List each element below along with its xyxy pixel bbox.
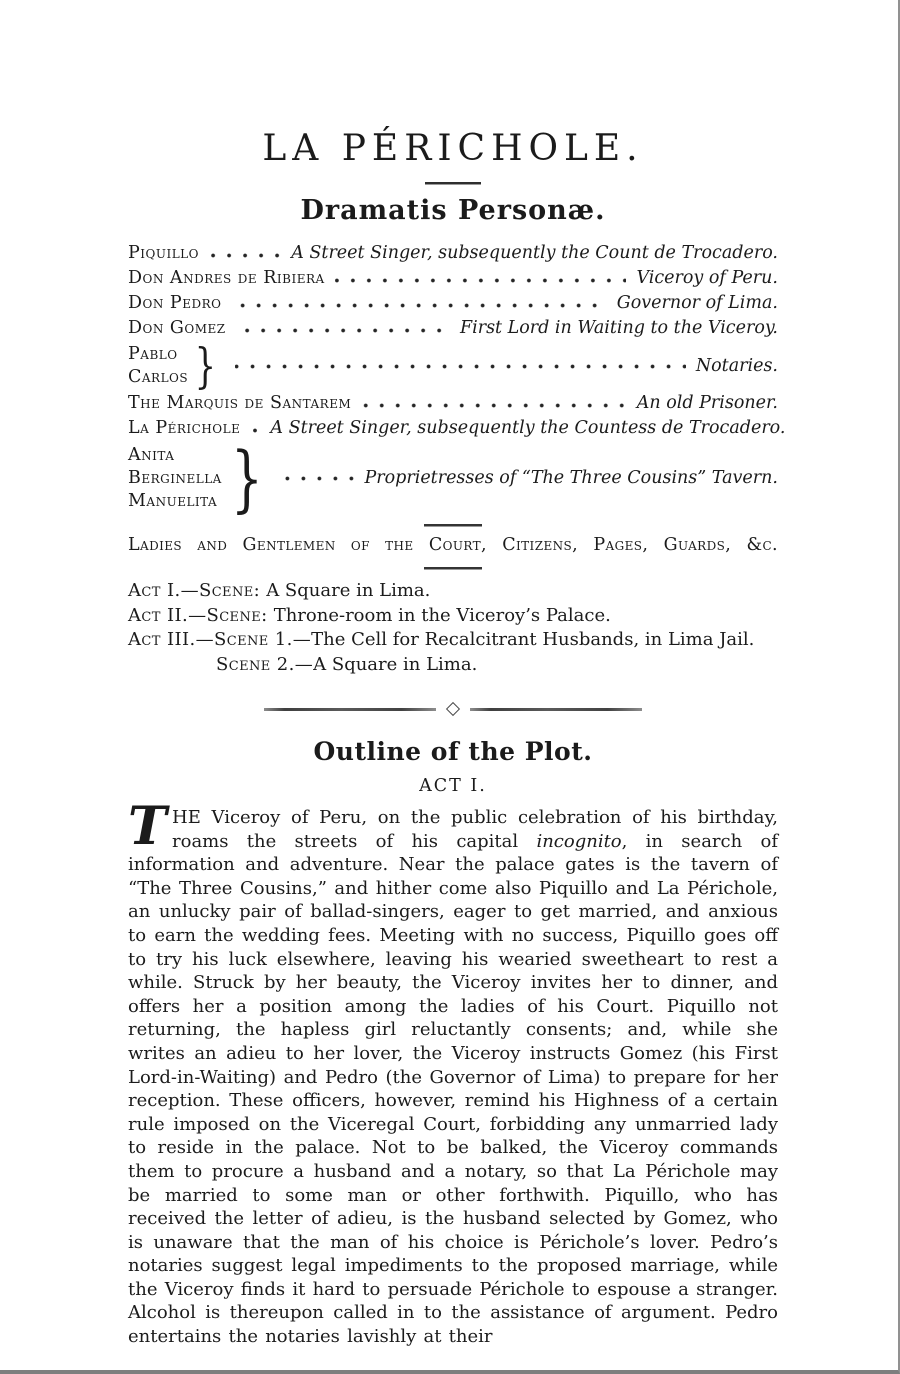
scene-label: Act II.—Scene: — [128, 605, 274, 626]
cast-role: Proprietresses of “The Three Cousins” Ta… — [364, 467, 778, 490]
dot-leader — [250, 428, 260, 433]
cast-list: PiquilloA Street Singer, subsequently th… — [128, 241, 778, 514]
scene-line: Act III.—Scene 1.—The Cell for Recalcitr… — [128, 628, 778, 653]
cast-member-name: The Marquis de Santarem — [128, 391, 351, 416]
cast-member-name: Berginella — [128, 467, 222, 490]
cast-role: A Street Singer, subsequently the Count … — [291, 241, 778, 266]
drop-cap: T — [128, 806, 172, 850]
brace-glyph: } — [231, 442, 263, 514]
scene-text: A Square in Lima. — [313, 654, 477, 675]
cast-role: An old Prisoner. — [637, 391, 778, 416]
italic-text: incognito — [536, 831, 621, 852]
divider-line-right — [470, 708, 642, 711]
scene-text: A Square in Lima. — [266, 580, 430, 601]
dot-leader — [236, 328, 450, 333]
dot-leader — [209, 253, 281, 258]
dot-leader — [231, 303, 606, 308]
cast-role: Governor of Lima. — [617, 291, 778, 316]
section-divider — [128, 703, 778, 715]
cast-entry: La PéricholeA Street Singer, subsequentl… — [128, 416, 778, 441]
cast-member-name: Don Andres de Ribiera — [128, 266, 325, 291]
plot-paragraph: THE Viceroy of Peru, on the public celeb… — [128, 806, 778, 1349]
cast-role: A Street Singer, subsequently the Counte… — [270, 416, 785, 441]
scene-line: Scene 2.—A Square in Lima. — [216, 653, 778, 678]
cast-member-name: Manuelita — [128, 490, 222, 513]
cast-member-name: Don Pedro — [128, 291, 221, 316]
divider-line-left — [264, 708, 436, 711]
dramatis-personae-heading: Dramatis Personæ. — [128, 195, 778, 226]
cast-role: First Lord in Waiting to the Viceroy. — [460, 316, 778, 341]
cast-member-name: Pablo — [128, 343, 188, 366]
dot-leader — [235, 364, 686, 369]
cast-name-group: AnitaBerginellaManuelita — [128, 444, 222, 513]
short-rule-top — [424, 524, 482, 527]
paragraph-segments: HE Viceroy of Peru, on the public celebr… — [128, 807, 778, 1347]
dot-leader — [284, 476, 355, 481]
ensemble-line: Ladies and Gentlemen of the Court, Citiz… — [128, 533, 778, 557]
cast-member-name: La Périchole — [128, 416, 240, 441]
cast-member-name: Piquillo — [128, 241, 199, 266]
scene-line: Act I.—Scene: A Square in Lima. — [128, 579, 778, 604]
short-rule-bottom — [424, 567, 482, 570]
act-heading: ACT I. — [128, 776, 778, 796]
cast-entry: PabloCarlos}Notaries. — [128, 342, 778, 390]
cast-role: Viceroy of Peru. — [636, 266, 778, 291]
cast-entry: Don PedroGovernor of Lima. — [128, 291, 778, 316]
cast-entry: Don GomezFirst Lord in Waiting to the Vi… — [128, 316, 778, 341]
scene-label: Act III.—Scene 1.— — [128, 629, 311, 650]
scene-list: Act I.—Scene: A Square in Lima.Act II.—S… — [128, 579, 778, 677]
cast-member-name: Anita — [128, 444, 222, 467]
cast-entry: PiquilloA Street Singer, subsequently th… — [128, 241, 778, 266]
cast-entry: Don Andres de RibieraViceroy of Peru. — [128, 266, 778, 291]
scene-label: Act I.—Scene: — [128, 580, 266, 601]
title-rule — [425, 182, 481, 185]
cast-name-group: PabloCarlos — [128, 343, 188, 389]
cast-entry: The Marquis de SantaremAn old Prisoner. — [128, 391, 778, 416]
dot-leader — [361, 403, 626, 408]
cast-role: Notaries. — [696, 355, 778, 378]
brace-glyph: } — [195, 342, 216, 390]
plot-heading: Outline of the Plot. — [128, 737, 778, 766]
scene-label: Scene 2.— — [216, 654, 313, 675]
diamond-icon — [446, 702, 460, 716]
page-content: LA PÉRICHOLE. Dramatis Personæ. Piquillo… — [128, 0, 778, 1349]
scene-line: Act II.—Scene: Throne-room in the Vicero… — [128, 604, 778, 629]
document-page: LA PÉRICHOLE. Dramatis Personæ. Piquillo… — [0, 0, 900, 1374]
scene-text: Throne-room in the Viceroy’s Palace. — [274, 605, 611, 626]
plot-text: , in search of information and adventure… — [128, 831, 778, 1347]
page-title: LA PÉRICHOLE. — [128, 128, 778, 169]
dot-leader — [335, 278, 627, 283]
scene-text: The Cell for Recalcitrant Husbands, in L… — [311, 629, 754, 650]
cast-entry: AnitaBerginellaManuelita}Proprietresses … — [128, 442, 778, 514]
cast-member-name: Carlos — [128, 366, 188, 389]
